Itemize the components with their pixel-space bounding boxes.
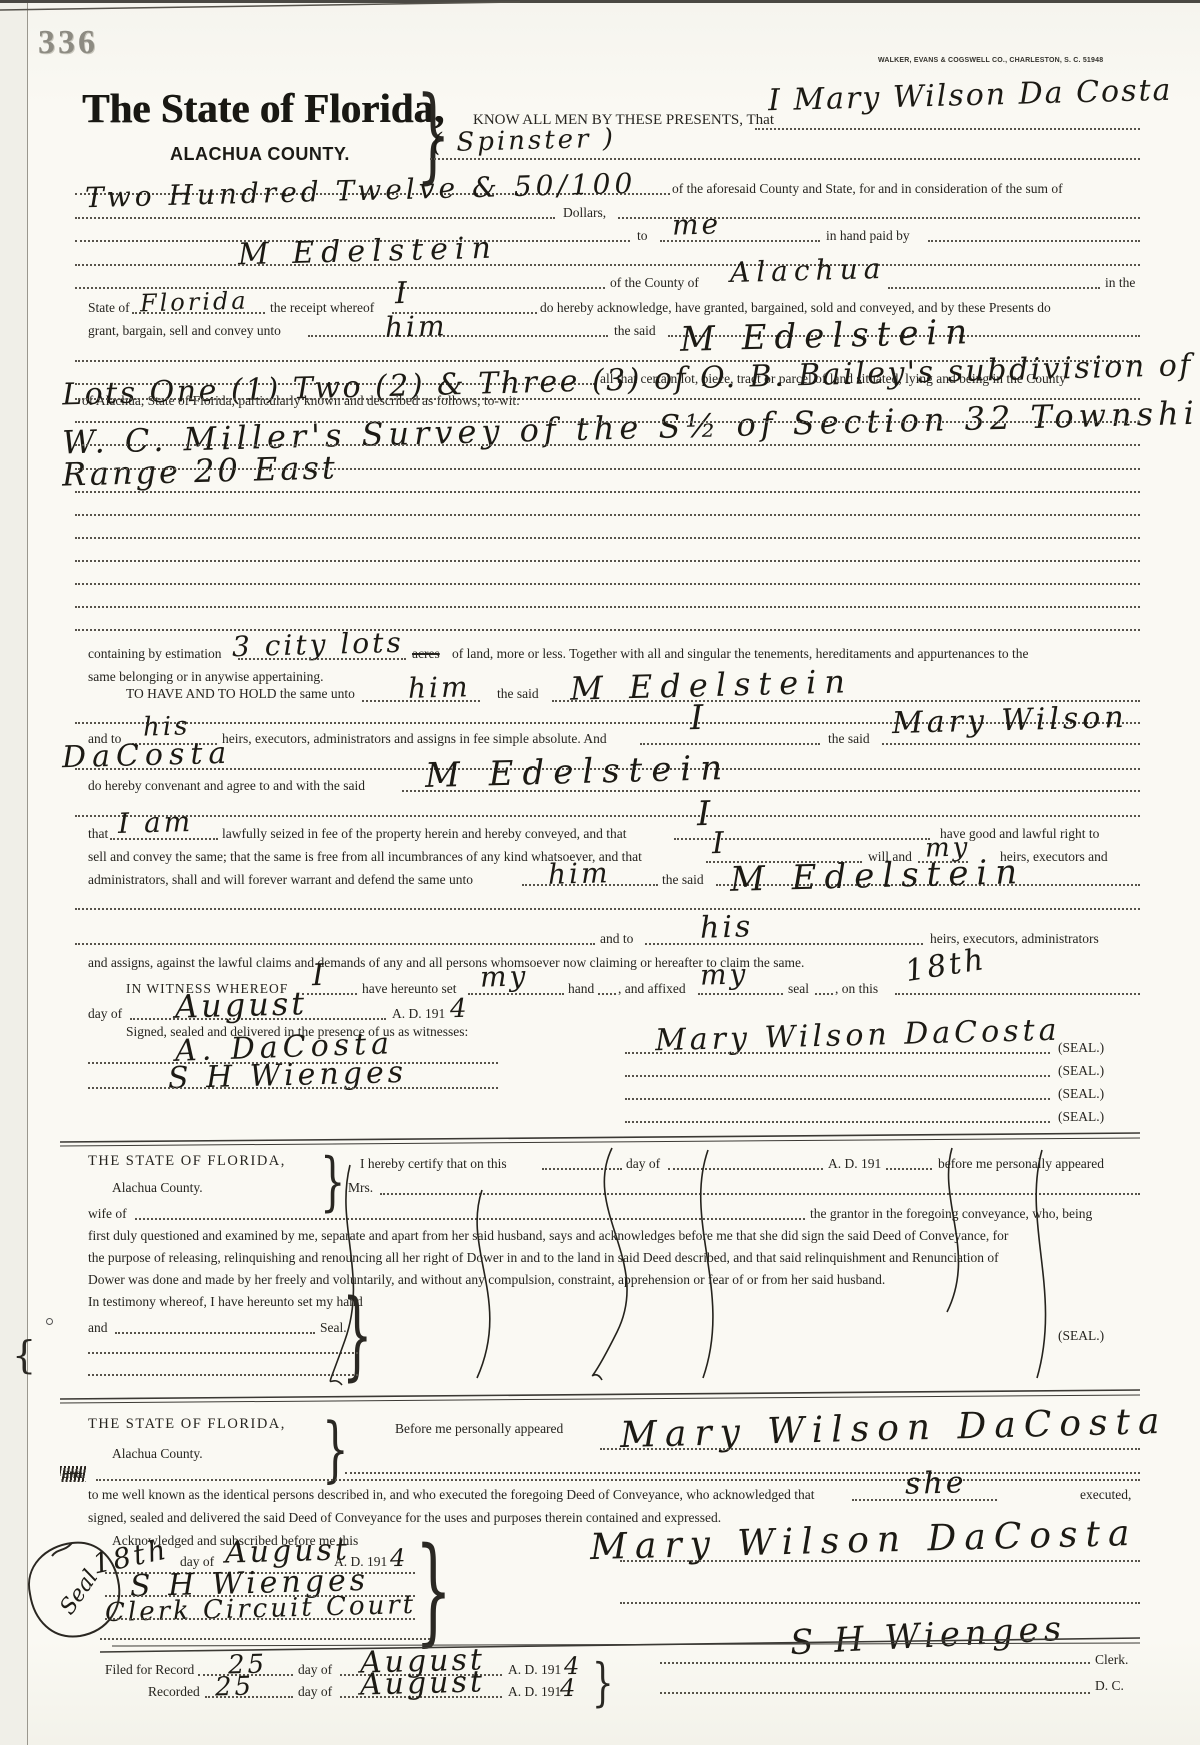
- dotted-line: [645, 943, 923, 945]
- seal-parenthetical: (SEAL.): [1058, 1063, 1104, 1079]
- appertaining-clause: same belonging or in anywise appertainin…: [88, 669, 323, 685]
- dotted-line: [668, 1168, 823, 1170]
- grantor-first-name-handwritten: Mary Wilson: [892, 700, 1129, 741]
- clerk-label: Clerk.: [1095, 1652, 1128, 1668]
- dotted-line: [308, 335, 608, 337]
- well-known-clause: to me well known as the identical person…: [88, 1487, 815, 1503]
- grantee-name-handwritten: M Edelstein: [680, 312, 976, 360]
- i-handwritten: I: [395, 276, 411, 311]
- dower-paragraph-3: Dower was done and made by her freely an…: [88, 1272, 885, 1288]
- dotted-line: [88, 1087, 498, 1089]
- dower-brace: }: [320, 1150, 345, 1214]
- the-said-label: the said: [497, 686, 539, 702]
- and-to-label: and to: [600, 931, 633, 947]
- dotted-line: [598, 993, 616, 995]
- dotted-line: [105, 1618, 415, 1620]
- margin-mark: [46, 1318, 53, 1325]
- consideration-clause: of the aforesaid County and State, for a…: [672, 181, 1063, 197]
- form-title: The State of Florida,: [82, 84, 444, 132]
- his-handwritten: his: [700, 909, 754, 945]
- deputy-clerk-label: D. C.: [1095, 1678, 1124, 1694]
- recorded-day-handwritten: 25: [215, 1671, 255, 1702]
- year-digit-handwritten: 4: [390, 1544, 409, 1572]
- dotted-line: [96, 1479, 1140, 1481]
- ack-brace: }: [322, 1414, 349, 1485]
- day-of-label: day of: [298, 1662, 332, 1678]
- seal-label: seal: [788, 981, 809, 997]
- before-me-appeared-clause: Before me personally appeared: [395, 1421, 563, 1437]
- dotted-line: [88, 1374, 358, 1376]
- dotted-line: [115, 1332, 315, 1334]
- seized-clause: lawfully seized in fee of the property h…: [222, 826, 626, 842]
- dotted-line: [640, 743, 820, 745]
- dower-seal-brace: }: [342, 1288, 373, 1384]
- me-handwritten: me: [672, 207, 722, 241]
- and-label: and: [88, 1320, 108, 1336]
- dotted-line: [815, 993, 833, 995]
- in-the-label: in the: [1105, 275, 1135, 291]
- my-handwritten: my: [480, 959, 529, 993]
- year-digit-handwritten: 4: [560, 1674, 579, 1702]
- i-handwritten: I: [712, 826, 728, 861]
- mrs-label: Mrs.: [348, 1180, 373, 1196]
- acres-struck-label: acres: [412, 646, 440, 662]
- dotted-line: [625, 1052, 1050, 1054]
- dotted-line: [302, 993, 357, 995]
- dotted-line: [75, 468, 1140, 470]
- to-label: to: [637, 228, 648, 244]
- dotted-line: [75, 583, 1140, 585]
- dotted-line: [380, 1193, 1140, 1195]
- dower-county-heading: Alachua County.: [112, 1180, 203, 1196]
- dotted-line: [132, 312, 265, 314]
- receipt-label: the receipt whereof: [270, 300, 374, 316]
- on-this-label: , on this: [835, 981, 878, 997]
- dotted-line: [620, 1560, 1140, 1562]
- dotted-line: [888, 287, 1100, 289]
- dotted-line: [110, 838, 218, 840]
- hand-label: hand: [568, 981, 594, 997]
- dotted-line: [928, 240, 1140, 242]
- heirs-administrators-label: heirs, executors, administrators: [930, 931, 1099, 947]
- and-affixed-label: , and affixed: [618, 981, 686, 997]
- him-handwritten: him: [408, 670, 471, 705]
- dotted-line: [238, 658, 406, 660]
- grantee-name-handwritten: M Edelstein: [730, 852, 1026, 900]
- dotted-line: [620, 1602, 1140, 1604]
- dotted-line: [625, 1121, 1050, 1123]
- dotted-line: [75, 444, 1140, 446]
- amount-handwritten: Two Hundred Twelve & 50/100: [85, 167, 637, 214]
- seal-parenthetical: (SEAL.): [1058, 1328, 1104, 1344]
- dotted-line: [755, 128, 1140, 130]
- the-said-label: the said: [614, 323, 656, 339]
- dotted-line: [75, 217, 555, 219]
- dotted-line: [660, 1692, 1090, 1694]
- tenements-clause: of land, more or less. Together with all…: [452, 646, 1029, 662]
- filed-for-record-label: Filed for Record: [105, 1662, 194, 1678]
- deed-document-page: 336 WALKER, EVANS & COGSWELL CO., CHARLE…: [0, 0, 1200, 1745]
- dower-paragraph-1: first duly questioned and examined by me…: [88, 1228, 1008, 1244]
- dotted-line: [100, 1638, 430, 1640]
- the-said-label: the said: [828, 731, 870, 747]
- i-handwritten: I: [312, 958, 328, 993]
- him-handwritten: him: [385, 309, 448, 344]
- dotted-line: [75, 537, 1140, 539]
- filing-clerk-signature: S H Wienges: [789, 1609, 1067, 1663]
- dotted-line: [345, 1472, 1140, 1474]
- ack-state-heading: THE STATE OF FLORIDA,: [88, 1416, 286, 1433]
- the-said-label: the said: [662, 872, 704, 888]
- dotted-line: [600, 1448, 1140, 1450]
- recorded-label: Recorded: [148, 1684, 200, 1700]
- cross-out-strokes: [330, 1148, 1045, 1385]
- dotted-line: [75, 514, 1140, 516]
- printer-credit: WALKER, EVANS & COGSWELL CO., CHARLESTON…: [878, 57, 1103, 64]
- she-handwritten: she: [905, 1465, 967, 1502]
- day-of-label: day of: [298, 1684, 332, 1700]
- wife-of-label: wife of: [88, 1206, 127, 1222]
- to-have-and-hold-clause: TO HAVE AND TO HOLD the same unto: [126, 686, 355, 702]
- grant-clause: grant, bargain, sell and convey unto: [88, 323, 281, 339]
- dotted-line: [75, 491, 1140, 493]
- seal-parenthetical: (SEAL.): [1058, 1040, 1104, 1056]
- warrant-defend-clause: administrators, shall and will forever w…: [88, 872, 473, 888]
- before-me-clause: before me personally appeared: [938, 1156, 1104, 1172]
- ad-year-label: A. D. 191: [508, 1662, 561, 1678]
- dotted-line: [625, 1075, 1050, 1077]
- page-number: 336: [38, 24, 98, 62]
- dotted-line: [75, 560, 1140, 562]
- dotted-line: [625, 1098, 1050, 1100]
- dotted-line: [430, 158, 1140, 160]
- executed-label: executed,: [1080, 1487, 1131, 1503]
- scan-left-margin: [0, 0, 27, 1745]
- dower-paragraph-2: the purpose of releasing, relinquishing …: [88, 1250, 999, 1266]
- i-handwritten: I: [689, 698, 706, 738]
- of-county-label: of the County of: [610, 275, 699, 291]
- witness2-signature: S H Wienges: [168, 1055, 408, 1096]
- filing-brace: }: [592, 1658, 614, 1709]
- dotted-line: [75, 606, 1140, 608]
- dotted-line: [75, 264, 1140, 266]
- containing-label: containing by estimation: [88, 646, 221, 662]
- hereunto-set-label: have hereunto set: [362, 981, 456, 997]
- dotted-line: [660, 240, 820, 242]
- dotted-line: [88, 1352, 358, 1354]
- seal-parenthetical: (SEAL.): [1058, 1086, 1104, 1102]
- grantee-name-handwritten: M Edelstein: [570, 662, 854, 707]
- dotted-line: [75, 908, 1140, 910]
- margin-brace: {: [12, 1336, 36, 1374]
- grantor-name-handwritten: I Mary Wilson Da Costa: [768, 73, 1173, 119]
- property-description-line3: Range 20 East: [62, 448, 339, 493]
- day-of-label: day of: [88, 1006, 122, 1022]
- county-heading: ALACHUA COUNTY.: [170, 144, 350, 165]
- ack-county-heading: Alachua County.: [112, 1446, 203, 1462]
- that-label: that: [88, 826, 108, 842]
- clerk-brace: }: [415, 1532, 452, 1648]
- dotted-line: [542, 1168, 622, 1170]
- testimony-clause: In testimony whereof, I have hereunto se…: [88, 1294, 363, 1310]
- in-hand-label: in hand paid by: [826, 228, 910, 244]
- my-handwritten: my: [700, 957, 749, 991]
- grantee-name-handwritten: M Edelstein: [425, 748, 732, 796]
- dower-state-heading: THE STATE OF FLORIDA,: [88, 1153, 286, 1170]
- scan-top-edge: [0, 0, 1200, 3]
- dotted-line: [895, 993, 1140, 995]
- i-am-handwritten: I am: [118, 805, 194, 840]
- grantor-conveyance-clause: the grantor in the foregoing conveyance,…: [810, 1206, 1092, 1222]
- county-name-handwritten: Alachua: [730, 252, 887, 289]
- dotted-line: [886, 1168, 932, 1170]
- ad-year-label: A. D. 191: [828, 1156, 881, 1172]
- day-number-handwritten: 18th: [903, 942, 989, 989]
- lawful-claims-clause: and assigns, against the lawful claims a…: [88, 955, 804, 971]
- spinster-note-handwritten: ( Spinster ): [432, 124, 617, 159]
- dotted-line: [882, 743, 1140, 745]
- him-handwritten: him: [548, 856, 611, 891]
- certify-clause: I hereby certify that on this: [360, 1156, 507, 1172]
- struck-and-label: and: [60, 1466, 86, 1482]
- purposes-clause: signed, sealed and delivered the said De…: [88, 1510, 721, 1526]
- covenant-intro-clause: do hereby convenant and agree to and wit…: [88, 778, 365, 794]
- seal-parenthetical: (SEAL.): [1058, 1109, 1104, 1125]
- dotted-line: [75, 421, 1140, 423]
- recorded-month-handwritten: August: [360, 1664, 486, 1702]
- dotted-line: [660, 1662, 1090, 1664]
- dotted-line: [135, 1218, 805, 1220]
- day-of-label: day of: [626, 1156, 660, 1172]
- grantee-name-handwritten: M Edelstein: [238, 231, 499, 273]
- dotted-line: [75, 815, 1140, 817]
- dollars-label: Dollars,: [563, 205, 606, 221]
- dotted-line: [75, 943, 595, 945]
- ad-year-label: A. D. 191: [508, 1684, 561, 1700]
- month-handwritten: August: [175, 984, 308, 1025]
- ad-year-label: A. D. 191: [392, 1006, 445, 1022]
- state-of-label: State of: [88, 300, 130, 316]
- heirs-clause: heirs, executors, administrators and ass…: [222, 731, 607, 747]
- scan-binding-line: [27, 0, 28, 1745]
- year-digit-handwritten: 4: [450, 994, 470, 1025]
- dotted-line: [698, 993, 783, 995]
